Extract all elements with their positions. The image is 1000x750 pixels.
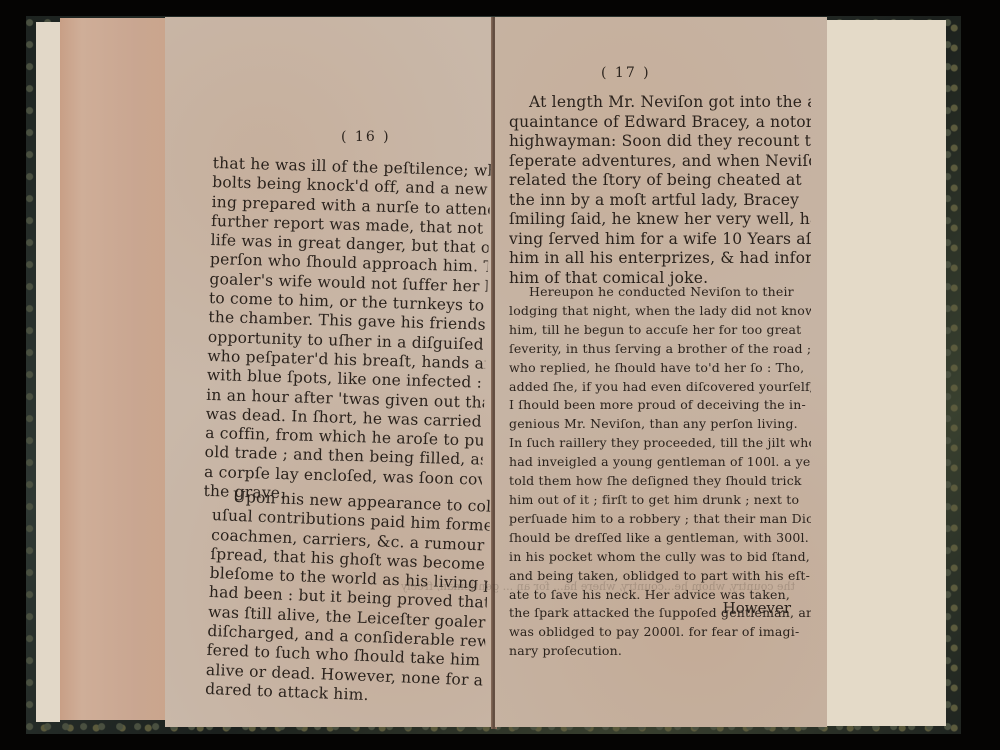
right-page: ( 17 ) At length Mr. Neviſon got into th… [495, 17, 827, 727]
text-line: Hereupon he conducted Neviſon to their [509, 283, 811, 302]
text-line: was oblidged to pay 2000l. for fear of i… [509, 623, 811, 642]
page-number: ( 16 ) [341, 129, 391, 145]
text-line: ving ſerved him for a wife 10 Years aſſi… [509, 230, 811, 250]
text-line: perſuade him to a robbery ; that their m… [509, 510, 811, 529]
text-line: lodging that night, when the lady did no… [509, 302, 811, 321]
left-page: ( 16 ) that he was ill of the peſtilence… [165, 17, 495, 727]
text-line: ſhould be dreſſed like a gentleman, with… [509, 529, 811, 548]
text-line: At length Mr. Neviſon got into the ac- [509, 93, 811, 113]
text-line: ... for an ... gentleman, freely [401, 580, 564, 593]
text-line: nary proſecution. [509, 642, 811, 661]
bleed-through-text: the country, whom he...country, where ha… [505, 579, 795, 595]
right-endpaper [826, 20, 946, 726]
left-paragraph-1: that he was ill of the peſtilence; when … [203, 154, 491, 509]
text-line: ſmiling ſaid, he knew her very well, ha- [509, 210, 811, 230]
text-line: him, till he begun to accuſe her for too… [509, 321, 811, 340]
left-endpaper [36, 22, 60, 722]
text-line: related the ſtory of being cheated at [509, 171, 811, 191]
text-line: ſeperate adventures, and when Neviſon [509, 152, 811, 172]
right-paragraph-1: At length Mr. Neviſon got into the ac-qu… [509, 93, 811, 288]
text-line: him out of it ; firſt to get him drunk ;… [509, 491, 811, 510]
text-line: I ſhould been more proud of deceiving th… [509, 396, 811, 415]
text-line: in his pocket whom the cully was to bid … [509, 548, 811, 567]
text-line: added ſhe, if you had even diſcovered yo… [509, 378, 811, 397]
page-number: ( 17 ) [601, 65, 651, 81]
left-mount-strip [60, 18, 170, 720]
left-paragraph-2: Upon his new appearance to collect theuſ… [205, 487, 491, 710]
text-line: who replied, he ſhould have to'd her ſo … [509, 359, 811, 378]
text-line: quaintance of Edward Bracey, a notorious [509, 113, 811, 133]
text-line: highwayman: Soon did they recount their [509, 132, 811, 152]
catchword: However [723, 599, 791, 617]
text-line: had inveigled a young gentleman of 100l.… [509, 453, 811, 472]
text-line: him in all his enterprizes, & had inform… [509, 249, 811, 269]
text-line: told them how ſhe deſigned they ſhould t… [509, 472, 811, 491]
text-line: the country, whom he [674, 580, 795, 593]
text-line: genious Mr. Neviſon, than any perſon liv… [509, 415, 811, 434]
text-line: ſeverity, in thus ſerving a brother of t… [509, 340, 811, 359]
text-line: In ſuch raillery they proceeded, till th… [509, 434, 811, 453]
text-line: the inn by a moſt artful lady, Bracey [509, 191, 811, 211]
text-line: ...country, where ha [564, 580, 675, 593]
